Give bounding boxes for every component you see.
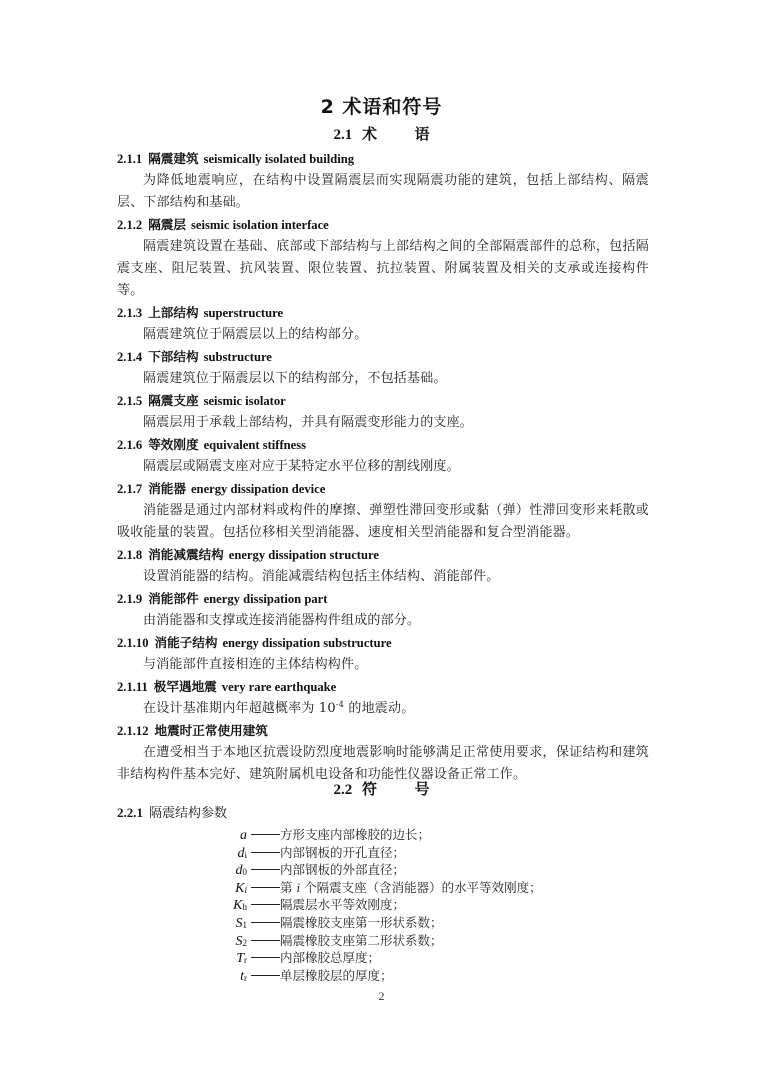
term-en: energy dissipation structure [229, 548, 379, 562]
exponent: -4 [336, 700, 344, 709]
symbol-row: S1 隔震橡胶支座第一形状系数； [200, 914, 620, 932]
em-dash [251, 887, 280, 888]
term-entry: 2.1.11极罕遇地震very rare earthquake 在设计基准期内年… [117, 676, 649, 720]
term-number: 2.1.11 [117, 680, 148, 694]
em-dash [251, 904, 280, 905]
term-entry: 2.1.1隔震建筑seismically isolated building 为… [117, 148, 649, 214]
term-en: seismically isolated building [204, 152, 354, 166]
symbol-row: Kh 隔震层水平等效刚度； [200, 896, 620, 914]
term-entry: 2.1.5隔震支座seismic isolator 隔震层用于承载上部结构，并具… [117, 390, 649, 434]
symbol-description: 内部钢板的开孔直径； [280, 844, 405, 862]
term-entry: 2.1.9消能部件energy dissipation part 由消能器和支撑… [117, 588, 649, 632]
symbol-description: 第 i 个隔震支座（含消能器）的水平等效刚度； [280, 879, 542, 897]
term-en: seismic isolation interface [191, 218, 329, 232]
term-definition: 消能器是通过内部材料或构件的摩擦、弹塑性滞回变形或黏（弹）性滞回变形来耗散或吸收… [117, 500, 649, 544]
term-definition: 由消能器和支撑或连接消能器构件组成的部分。 [117, 610, 649, 632]
symbol-description: 隔震橡胶支座第一形状系数； [280, 914, 443, 932]
term-heading: 2.1.3上部结构superstructure [117, 302, 649, 324]
term-en: seismic isolator [204, 394, 286, 408]
term-number: 2.1.8 [117, 548, 142, 562]
symbol: tr [200, 968, 247, 986]
symbol-list: a 方形支座内部橡胶的边长； di 内部钢板的开孔直径； d0 内部钢板的外部直… [200, 826, 620, 984]
term-en: energy dissipation substructure [222, 636, 391, 650]
term-definition: 隔震建筑位于隔震层以上的结构部分。 [117, 324, 649, 346]
symbol-row: Ki 第 i 个隔震支座（含消能器）的水平等效刚度； [200, 879, 620, 897]
term-entry: 2.1.10消能子结构energy dissipation substructu… [117, 632, 649, 676]
term-cn: 下部结构 [148, 349, 198, 364]
symbol-description: 内部钢板的外部直径； [280, 861, 405, 879]
symbol: d0 [200, 862, 247, 880]
term-number: 2.1.10 [117, 636, 148, 650]
term-definition: 隔震建筑设置在基础、底部或下部结构与上部结构之间的全部隔震部件的总称，包括隔震支… [117, 236, 649, 302]
term-heading: 2.1.10消能子结构energy dissipation substructu… [117, 632, 649, 654]
symbol-group-number: 2.2.1 [117, 805, 143, 820]
symbol-row: tr 单层橡胶层的厚度； [200, 967, 620, 985]
term-cn: 极罕遇地震 [154, 679, 217, 694]
term-number: 2.1.4 [117, 350, 142, 364]
term-cn: 隔震支座 [148, 393, 198, 408]
term-en: superstructure [204, 306, 284, 320]
symbol-description: 内部橡胶总厚度； [280, 949, 380, 967]
section-number: 2.2 [333, 782, 352, 798]
term-en: very rare earthquake [222, 680, 336, 694]
page-number: 2 [0, 989, 763, 1004]
document-page: 2 术语和符号 2.1 术 语 2.1.1隔震建筑seismically iso… [0, 0, 763, 1080]
section-number: 2.1 [333, 127, 352, 143]
term-cn: 消能减震结构 [148, 547, 224, 562]
term-entry: 2.1.12地震时正常使用建筑 在遭受相当于本地区抗震设防烈度地震影响时能够满足… [117, 720, 649, 786]
symbol: Ki [200, 880, 247, 898]
term-number: 2.1.1 [117, 152, 142, 166]
term-en: energy dissipation part [204, 592, 328, 606]
em-dash [251, 940, 280, 941]
term-cn: 消能器 [148, 481, 186, 496]
section-title-part1: 符 [362, 780, 377, 798]
term-heading: 2.1.9消能部件energy dissipation part [117, 588, 649, 610]
symbol-description: 隔震层水平等效刚度； [280, 896, 405, 914]
section-title-part2: 号 [415, 780, 430, 798]
term-entry: 2.1.8消能减震结构energy dissipation structure … [117, 544, 649, 588]
term-definition: 设置消能器的结构。消能减震结构包括主体结构、消能部件。 [117, 566, 649, 588]
term-entry: 2.1.7消能器energy dissipation device 消能器是通过… [117, 478, 649, 544]
term-number: 2.1.12 [117, 724, 148, 738]
section-title-symbols: 2.2 符 号 [0, 778, 763, 799]
term-en: energy dissipation device [191, 482, 325, 496]
term-number: 2.1.6 [117, 438, 142, 452]
symbol-row: di 内部钢板的开孔直径； [200, 844, 620, 862]
chapter-title: 2 术语和符号 [0, 92, 763, 119]
symbol-row: d0 内部钢板的外部直径； [200, 861, 620, 879]
terms-list: 2.1.1隔震建筑seismically isolated building 为… [117, 148, 649, 786]
term-heading: 2.1.1隔震建筑seismically isolated building [117, 148, 649, 170]
term-heading: 2.1.5隔震支座seismic isolator [117, 390, 649, 412]
term-definition: 与消能部件直接相连的主体结构构件。 [117, 654, 649, 676]
term-definition: 隔震建筑位于隔震层以下的结构部分，不包括基础。 [117, 368, 649, 390]
term-heading: 2.1.12地震时正常使用建筑 [117, 720, 649, 742]
term-cn: 消能子结构 [154, 635, 217, 650]
term-heading: 2.1.8消能减震结构energy dissipation structure [117, 544, 649, 566]
term-entry: 2.1.3上部结构superstructure 隔震建筑位于隔震层以上的结构部分… [117, 302, 649, 346]
em-dash [251, 834, 280, 835]
term-en: equivalent stiffness [204, 438, 307, 452]
term-cn: 隔震层 [148, 217, 186, 232]
symbol: di [200, 845, 247, 863]
term-entry: 2.1.2隔震层seismic isolation interface 隔震建筑… [117, 214, 649, 302]
symbol-row: S2 隔震橡胶支座第二形状系数； [200, 932, 620, 950]
em-dash [251, 852, 280, 853]
term-definition: 隔震层用于承载上部结构，并具有隔震变形能力的支座。 [117, 412, 649, 434]
term-cn: 消能部件 [148, 591, 198, 606]
term-number: 2.1.5 [117, 394, 142, 408]
symbol-row: a 方形支座内部橡胶的边长； [200, 826, 620, 844]
symbol: S1 [200, 915, 247, 933]
term-number: 2.1.9 [117, 592, 142, 606]
term-number: 2.1.3 [117, 306, 142, 320]
term-number: 2.1.7 [117, 482, 142, 496]
symbol-description: 单层橡胶层的厚度； [280, 967, 393, 985]
term-definition: 为降低地震响应，在结构中设置隔震层而实现隔震功能的建筑，包括上部结构、隔震层、下… [117, 170, 649, 214]
section-title-part2: 语 [415, 125, 430, 143]
term-cn: 等效刚度 [148, 437, 198, 452]
definition-text: 的地震动。 [344, 701, 414, 716]
symbol-group-heading: 2.2.1隔震结构参数 [117, 803, 227, 824]
symbol: S2 [200, 933, 247, 951]
em-dash [251, 975, 280, 976]
em-dash [251, 957, 280, 958]
symbol-group-title: 隔震结构参数 [149, 806, 227, 821]
symbol: a [200, 827, 247, 845]
symbol: Tr [200, 950, 247, 968]
em-dash [251, 869, 280, 870]
term-entry: 2.1.6等效刚度equivalent stiffness 隔震层或隔震支座对应… [117, 434, 649, 478]
em-dash [251, 922, 280, 923]
term-cn: 地震时正常使用建筑 [154, 723, 267, 738]
definition-text: 在设计基准期内年超越概率为 10 [143, 701, 336, 716]
term-definition: 隔震层或隔震支座对应于某特定水平位移的割线刚度。 [117, 456, 649, 478]
term-heading: 2.1.2隔震层seismic isolation interface [117, 214, 649, 236]
term-heading: 2.1.4下部结构substructure [117, 346, 649, 368]
section-title-part1: 术 [362, 125, 377, 143]
term-heading: 2.1.6等效刚度equivalent stiffness [117, 434, 649, 456]
symbol-row: Tr 内部橡胶总厚度； [200, 949, 620, 967]
symbol: Kh [200, 897, 247, 915]
term-definition: 在设计基准期内年超越概率为 10-4 的地震动。 [117, 698, 649, 720]
term-cn: 隔震建筑 [148, 151, 198, 166]
term-cn: 上部结构 [148, 305, 198, 320]
term-number: 2.1.2 [117, 218, 142, 232]
term-en: substructure [204, 350, 272, 364]
symbol-description: 隔震橡胶支座第二形状系数； [280, 932, 443, 950]
term-heading: 2.1.7消能器energy dissipation device [117, 478, 649, 500]
section-title-terms: 2.1 术 语 [0, 123, 763, 144]
symbol-description: 方形支座内部橡胶的边长； [280, 826, 430, 844]
term-heading: 2.1.11极罕遇地震very rare earthquake [117, 676, 649, 698]
term-entry: 2.1.4下部结构substructure 隔震建筑位于隔震层以下的结构部分，不… [117, 346, 649, 390]
